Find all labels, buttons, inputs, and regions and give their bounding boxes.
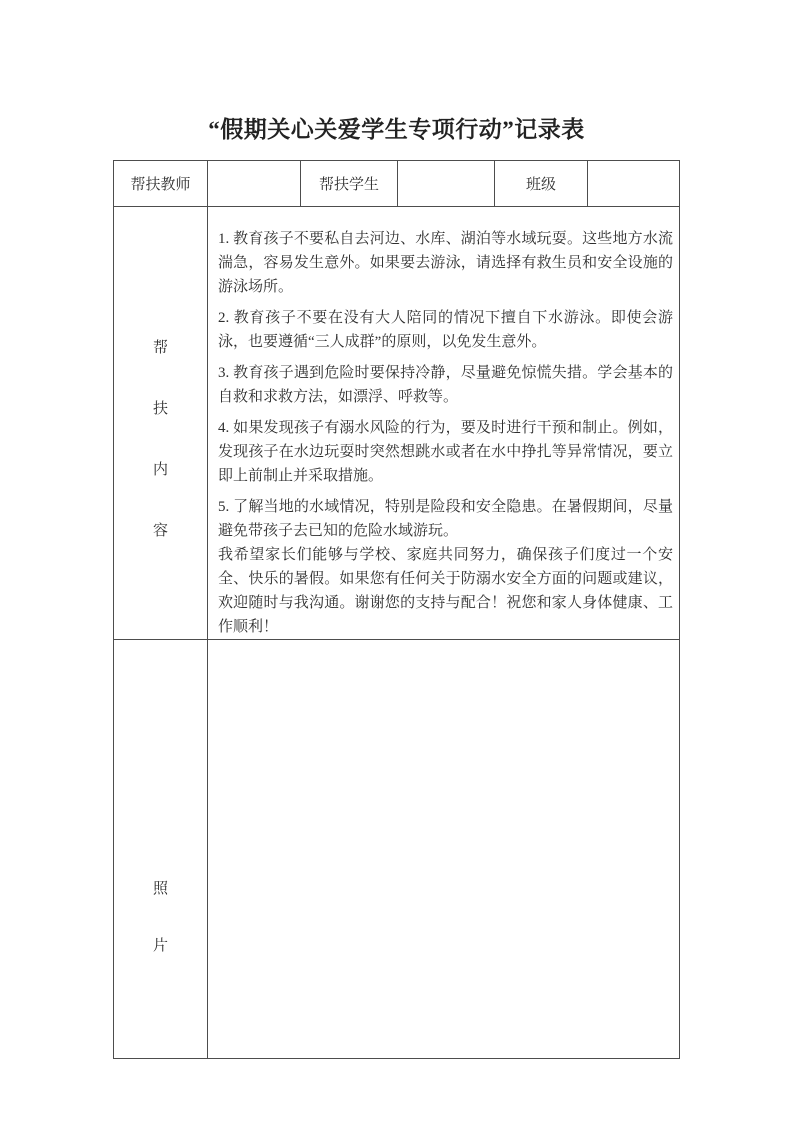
- content-row: 帮 扶 内 容 1. 教育孩子不要私自去河边、水库、湖泊等水域玩耍。这些地方水流…: [114, 207, 680, 640]
- content-row-label: 帮 扶 内 容: [114, 207, 208, 640]
- class-value-cell[interactable]: [588, 161, 680, 207]
- page-title: “假期关心关爱学生专项行动”记录表: [0, 0, 793, 146]
- content-paragraph-2: 2. 教育孩子不要在没有大人陪同的情况下擅自下水游泳。即使会游泳，也要遵循“三人…: [218, 306, 673, 354]
- content-label-char: 内: [115, 440, 206, 501]
- content-closing-paragraph: 我希望家长们能够与学校、家庭共同努力，确保孩子们度过一个安全、快乐的暑假。如果您…: [218, 543, 673, 639]
- teacher-value-cell[interactable]: [208, 161, 301, 207]
- photo-row: 照 片: [114, 640, 680, 1059]
- content-paragraph-4: 4. 如果发现孩子有溺水风险的行为，要及时进行干预和制止。例如，发现孩子在水边玩…: [218, 416, 673, 488]
- table-header-row: 帮扶教师 帮扶学生 班级: [114, 161, 680, 207]
- content-text-area[interactable]: 1. 教育孩子不要私自去河边、水库、湖泊等水域玩耍。这些地方水流湍急，容易发生意…: [208, 207, 680, 640]
- document-page: “假期关心关爱学生专项行动”记录表 帮扶教师 帮扶学生 班级 帮 扶 内 容: [0, 0, 793, 1122]
- photo-label-char: 片: [115, 918, 206, 975]
- content-label-char: 容: [115, 501, 206, 562]
- content-paragraph-1: 1. 教育孩子不要私自去河边、水库、湖泊等水域玩耍。这些地方水流湍急，容易发生意…: [218, 227, 673, 299]
- teacher-label-cell: 帮扶教师: [114, 161, 208, 207]
- class-label-cell: 班级: [495, 161, 588, 207]
- student-value-cell[interactable]: [398, 161, 495, 207]
- record-table: 帮扶教师 帮扶学生 班级 帮 扶 内 容 1. 教育孩子不要私自去河边、水库、湖…: [113, 160, 680, 1059]
- content-label-char: 帮: [115, 318, 206, 379]
- content-paragraph-3: 3. 教育孩子遇到危险时要保持冷静，尽量避免惊慌失措。学会基本的自救和求救方法，…: [218, 361, 673, 409]
- content-paragraph-5: 5. 了解当地的水域情况，特别是险段和安全隐患。在暑假期间，尽量避免带孩子去已知…: [218, 495, 673, 543]
- photo-row-label: 照 片: [114, 640, 208, 1059]
- student-label-cell: 帮扶学生: [301, 161, 398, 207]
- photo-area[interactable]: [208, 640, 680, 1059]
- content-label-char: 扶: [115, 379, 206, 440]
- photo-label-char: 照: [115, 861, 206, 918]
